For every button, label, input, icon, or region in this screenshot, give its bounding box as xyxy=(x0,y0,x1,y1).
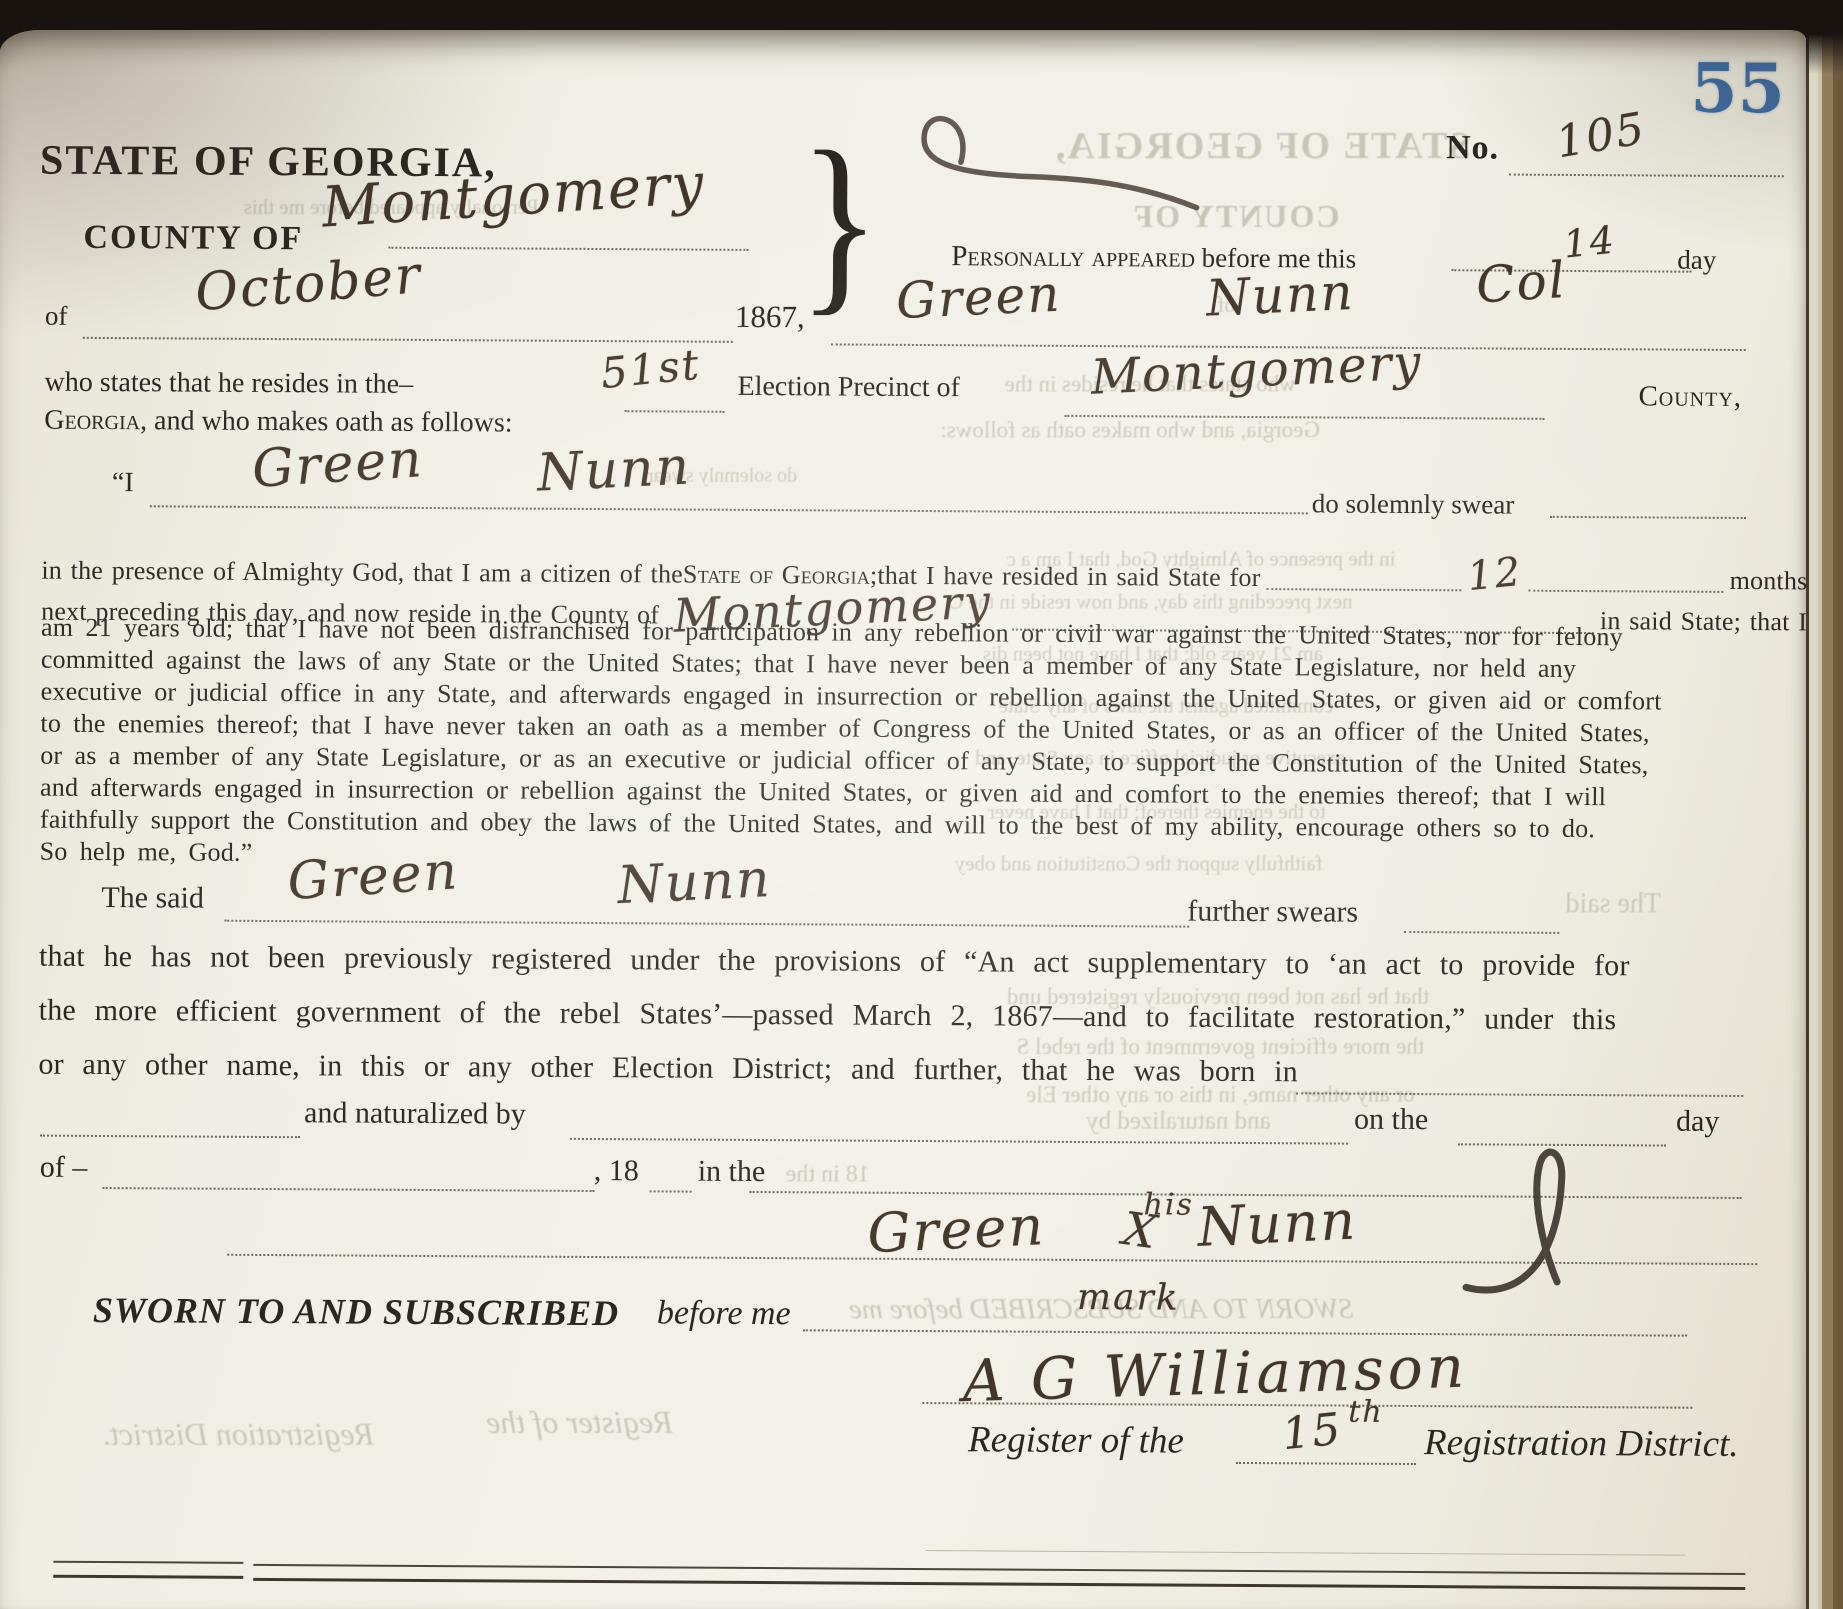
dotted-line xyxy=(624,410,724,413)
dotted-line xyxy=(1236,1462,1416,1465)
applicant-suffix-handwritten: Col xyxy=(1474,251,1568,315)
dotted-line xyxy=(1509,174,1784,178)
signature-first-handwritten: Green xyxy=(866,1194,1046,1265)
dotted-line xyxy=(150,505,1308,514)
said-last-handwritten: Nunn xyxy=(616,849,773,916)
bleedthrough-text: The said xyxy=(1565,888,1661,920)
faint-line xyxy=(925,1550,1685,1556)
day-value-handwritten: 14 xyxy=(1561,218,1617,267)
register-signature-handwritten: A G Williamson xyxy=(962,1333,1469,1416)
dotted-line xyxy=(388,247,748,251)
supplement-line: the more efficient government of the reb… xyxy=(39,994,1805,1039)
bleedthrough-text: Georgia, and who makes oath as follows: xyxy=(940,417,1320,443)
dotted-line xyxy=(570,1138,1348,1145)
oath-i-open: “I xyxy=(112,467,134,499)
document-page: STATE OF GEORGIA,COUNTY OFPersonally app… xyxy=(0,30,1806,1609)
said-first-handwritten: Green xyxy=(286,841,461,912)
no-label: No. xyxy=(1446,129,1499,167)
supplement-line: or any other name, in this or any other … xyxy=(38,1048,1804,1093)
bottom-rule xyxy=(53,1575,243,1579)
georgia-oath-line: Georgia, and who makes oath as follows: xyxy=(44,405,512,440)
page-number: 55 xyxy=(1690,49,1785,130)
district-no-handwritten: 15 xyxy=(1280,1404,1345,1461)
pen-flourish-signature xyxy=(1452,1141,1583,1297)
on-the-label: on the xyxy=(1354,1103,1428,1137)
supplement-line: that he has not been previously register… xyxy=(39,940,1805,985)
no-value-handwritten: 105 xyxy=(1552,103,1649,168)
dotted-line xyxy=(1404,931,1559,934)
dotted-line xyxy=(1550,516,1746,519)
precinct-label: Election Precinct of xyxy=(737,371,960,404)
signature-last-handwritten: Nunn xyxy=(1196,1189,1358,1259)
the-said-label: The said xyxy=(101,881,204,916)
oath-name-last-handwritten: Nunn xyxy=(536,437,693,504)
in-the-label: in the xyxy=(698,1155,766,1189)
bleedthrough-text: Register of the xyxy=(486,1404,673,1441)
dotted-line xyxy=(224,920,1189,928)
bleedthrough-text: 18 in the xyxy=(786,1161,870,1188)
county-suffix-word: County, xyxy=(1638,380,1742,414)
dotted-line xyxy=(103,1187,595,1192)
do-solemnly-swear: do solemnly swear xyxy=(1312,488,1515,520)
oath-intro-rest: and who makes oath as follows: xyxy=(147,405,513,438)
bleedthrough-text: Registration District. xyxy=(102,1416,374,1453)
sworn-subscribed-label: SWORN TO AND SUBSCRIBED xyxy=(93,1289,619,1334)
county-label: COUNTY OF xyxy=(83,219,303,258)
eighteen-label: , 18 xyxy=(594,1154,639,1188)
oath-name-first-handwritten: Green xyxy=(250,429,425,500)
dotted-line xyxy=(83,337,733,343)
further-swears-label: further swears xyxy=(1187,895,1358,930)
bottom-rule xyxy=(53,1561,243,1564)
bleedthrough-text: and naturalized by xyxy=(1086,1107,1271,1135)
district-suffix-handwritten: th xyxy=(1348,1395,1384,1430)
dotted-line xyxy=(40,1135,300,1139)
book-edge xyxy=(1806,34,1843,1609)
pen-flourish-top xyxy=(869,100,1210,222)
applicant-first-handwritten: Green xyxy=(895,265,1063,331)
resides-line: who states that he resides in the– xyxy=(44,367,413,401)
applicant-last-handwritten: Nunn xyxy=(1205,263,1356,328)
of-word: of xyxy=(45,301,68,332)
dotted-line xyxy=(650,1190,692,1192)
year-label: 1867, xyxy=(735,299,805,335)
bottom-rule xyxy=(253,1578,1745,1590)
dotted-line xyxy=(803,1329,1687,1336)
georgia-smallcaps: Georgia, xyxy=(44,405,147,437)
day-word: day xyxy=(1677,245,1716,276)
day-word-2: day xyxy=(1676,1105,1720,1139)
register-of-the-label: Register of the xyxy=(968,1418,1184,1462)
signature-x-mark: X xyxy=(1120,1201,1162,1259)
naturalized-label: and naturalized by xyxy=(304,1096,526,1131)
registration-district-label: Registration District. xyxy=(1424,1421,1739,1466)
scanned-register-page: { "page_number": "55", "doc_no": { "labe… xyxy=(0,0,1843,1609)
mark-word-handwritten: mark xyxy=(1077,1277,1180,1319)
of-word-2: of – xyxy=(40,1151,88,1185)
page-content: STATE OF GEORGIA,COUNTY OFPersonally app… xyxy=(0,30,1806,1609)
precinct-no-handwritten: 51st xyxy=(598,340,702,399)
bottom-rule xyxy=(253,1564,1745,1575)
before-me-label: before me xyxy=(657,1294,791,1333)
